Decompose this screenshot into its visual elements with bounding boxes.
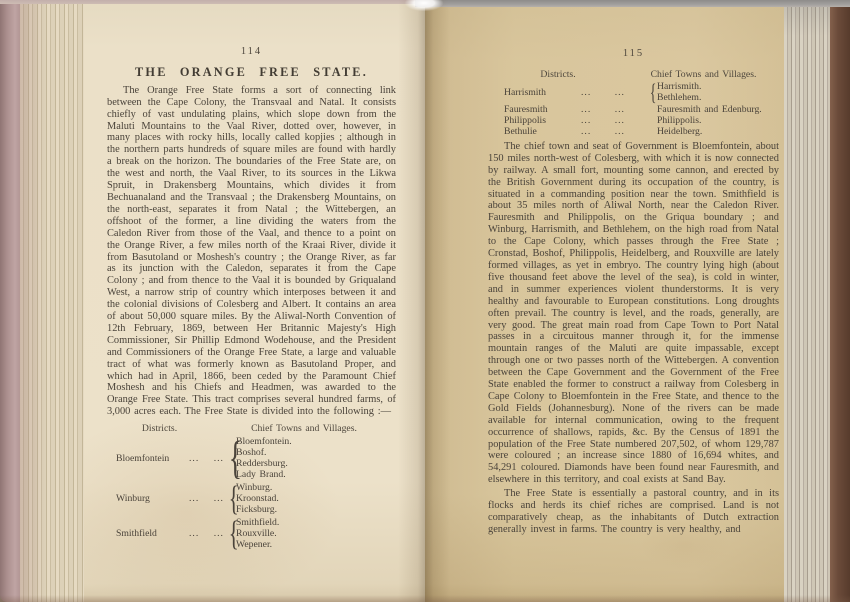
page-115-text: 115 Districts. Chief Towns and Villages.… bbox=[488, 48, 779, 538]
table-row: Fauresmith ... ... ... Fauresmith and Ed… bbox=[488, 104, 779, 115]
town-name: Harrismith. bbox=[657, 81, 779, 92]
district-name: Bloemfontein bbox=[107, 453, 186, 464]
town-name: Bethlehem. bbox=[657, 92, 779, 103]
town-name: Rouxville. bbox=[236, 528, 396, 539]
page-edges-right bbox=[784, 0, 830, 602]
towns-list: Winburg. Kroonstad. Ficksburg. bbox=[236, 482, 396, 515]
brace-glyph: { bbox=[229, 516, 234, 551]
towns-list: Harrismith. Bethlehem. bbox=[657, 81, 779, 103]
table-row: Bloemfontein ... ... { Bloemfontein. Bos… bbox=[107, 435, 396, 481]
districts-table-left: Districts. Chief Towns and Villages. Blo… bbox=[107, 423, 396, 551]
scanner-light-glare bbox=[398, 0, 450, 14]
town-name: Reddersburg. bbox=[236, 458, 396, 469]
district-name: Fauresmith bbox=[488, 104, 578, 115]
leader-dots: ... ... ... bbox=[578, 126, 648, 137]
leader-dots: ... ... ... bbox=[186, 528, 227, 539]
table-row: Smithfield ... ... ... { Smithfield. Rou… bbox=[107, 516, 396, 551]
cover-top-edge bbox=[0, 0, 425, 4]
town-name: Heidelberg. bbox=[657, 126, 779, 137]
town-name: Ficksburg. bbox=[236, 504, 396, 515]
towns-list: Philippolis. bbox=[657, 115, 779, 126]
table-header: Districts. Chief Towns and Villages. bbox=[107, 423, 396, 434]
chapter-title: THE ORANGE FREE STATE. bbox=[107, 67, 396, 79]
district-name: Bethulie bbox=[488, 126, 578, 137]
town-name: Philippolis. bbox=[657, 115, 779, 126]
page-114-text: 114 THE ORANGE FREE STATE. The Orange Fr… bbox=[107, 46, 396, 551]
table-row: Bethulie ... ... ... Heidelberg. bbox=[488, 126, 779, 137]
leader-dots: ... ... ... bbox=[578, 104, 648, 115]
districts-table-right: Districts. Chief Towns and Villages. Har… bbox=[488, 69, 779, 137]
leader-dots: ... ... ... bbox=[578, 115, 648, 126]
book-gutter-shadow bbox=[398, 0, 450, 602]
page-number-115: 115 bbox=[488, 48, 779, 60]
district-name: Harrismith bbox=[488, 87, 578, 98]
brace-glyph: { bbox=[650, 81, 655, 104]
paragraph-chief-town: The chief town and seat of Government is… bbox=[488, 141, 779, 486]
leader-dots: ... ... ... bbox=[186, 493, 227, 504]
town-name: Lady Brand. bbox=[236, 469, 396, 480]
leader-dots: ... ... ... bbox=[578, 87, 648, 98]
towns-list: Bloemfontein. Boshof. Reddersburg. Lady … bbox=[236, 436, 396, 480]
column-header-districts: Districts. bbox=[488, 69, 628, 80]
towns-list: Smithfield. Rouxville. Wepener. bbox=[236, 517, 396, 550]
town-name: Kroonstad. bbox=[236, 493, 396, 504]
town-name: Boshof. bbox=[236, 447, 396, 458]
town-name: Smithfield. bbox=[236, 517, 396, 528]
column-header-districts: Districts. bbox=[107, 423, 212, 434]
table-row: Winburg ... ... ... { Winburg. Kroonstad… bbox=[107, 481, 396, 516]
paragraph-pastoral-country: The Free State is essentially a pastoral… bbox=[488, 488, 779, 536]
brace-glyph: { bbox=[229, 435, 234, 481]
table-row: Harrismith ... ... ... { Harrismith. Bet… bbox=[488, 81, 779, 104]
district-name: Smithfield bbox=[107, 528, 186, 539]
district-name: Philippolis bbox=[488, 115, 578, 126]
towns-list: Fauresmith and Edenburg. bbox=[657, 104, 779, 115]
book-scan: 114 THE ORANGE FREE STATE. The Orange Fr… bbox=[0, 0, 850, 602]
scan-background-strip bbox=[415, 0, 850, 7]
page-number-114: 114 bbox=[107, 46, 396, 58]
table-header: Districts. Chief Towns and Villages. bbox=[488, 69, 779, 80]
book-cover-left-edge bbox=[0, 0, 20, 602]
district-name: Winburg bbox=[107, 493, 186, 504]
page-bottom-shadow bbox=[0, 595, 850, 602]
table-row: Philippolis ... ... ... Philippolis. bbox=[488, 115, 779, 126]
page-edges-left bbox=[20, 0, 84, 602]
column-header-chief-towns: Chief Towns and Villages. bbox=[628, 69, 779, 80]
leader-dots: ... ... bbox=[186, 453, 227, 464]
town-name: Bloemfontein. bbox=[236, 436, 396, 447]
book-cover-right-edge bbox=[830, 0, 850, 602]
brace-glyph: { bbox=[229, 481, 234, 516]
town-name: Fauresmith and Edenburg. bbox=[657, 104, 779, 115]
towns-list: Heidelberg. bbox=[657, 126, 779, 137]
town-name: Winburg. bbox=[236, 482, 396, 493]
town-name: Wepener. bbox=[236, 539, 396, 550]
paragraph-orange-free-state: The Orange Free State forms a sort of co… bbox=[107, 85, 396, 418]
